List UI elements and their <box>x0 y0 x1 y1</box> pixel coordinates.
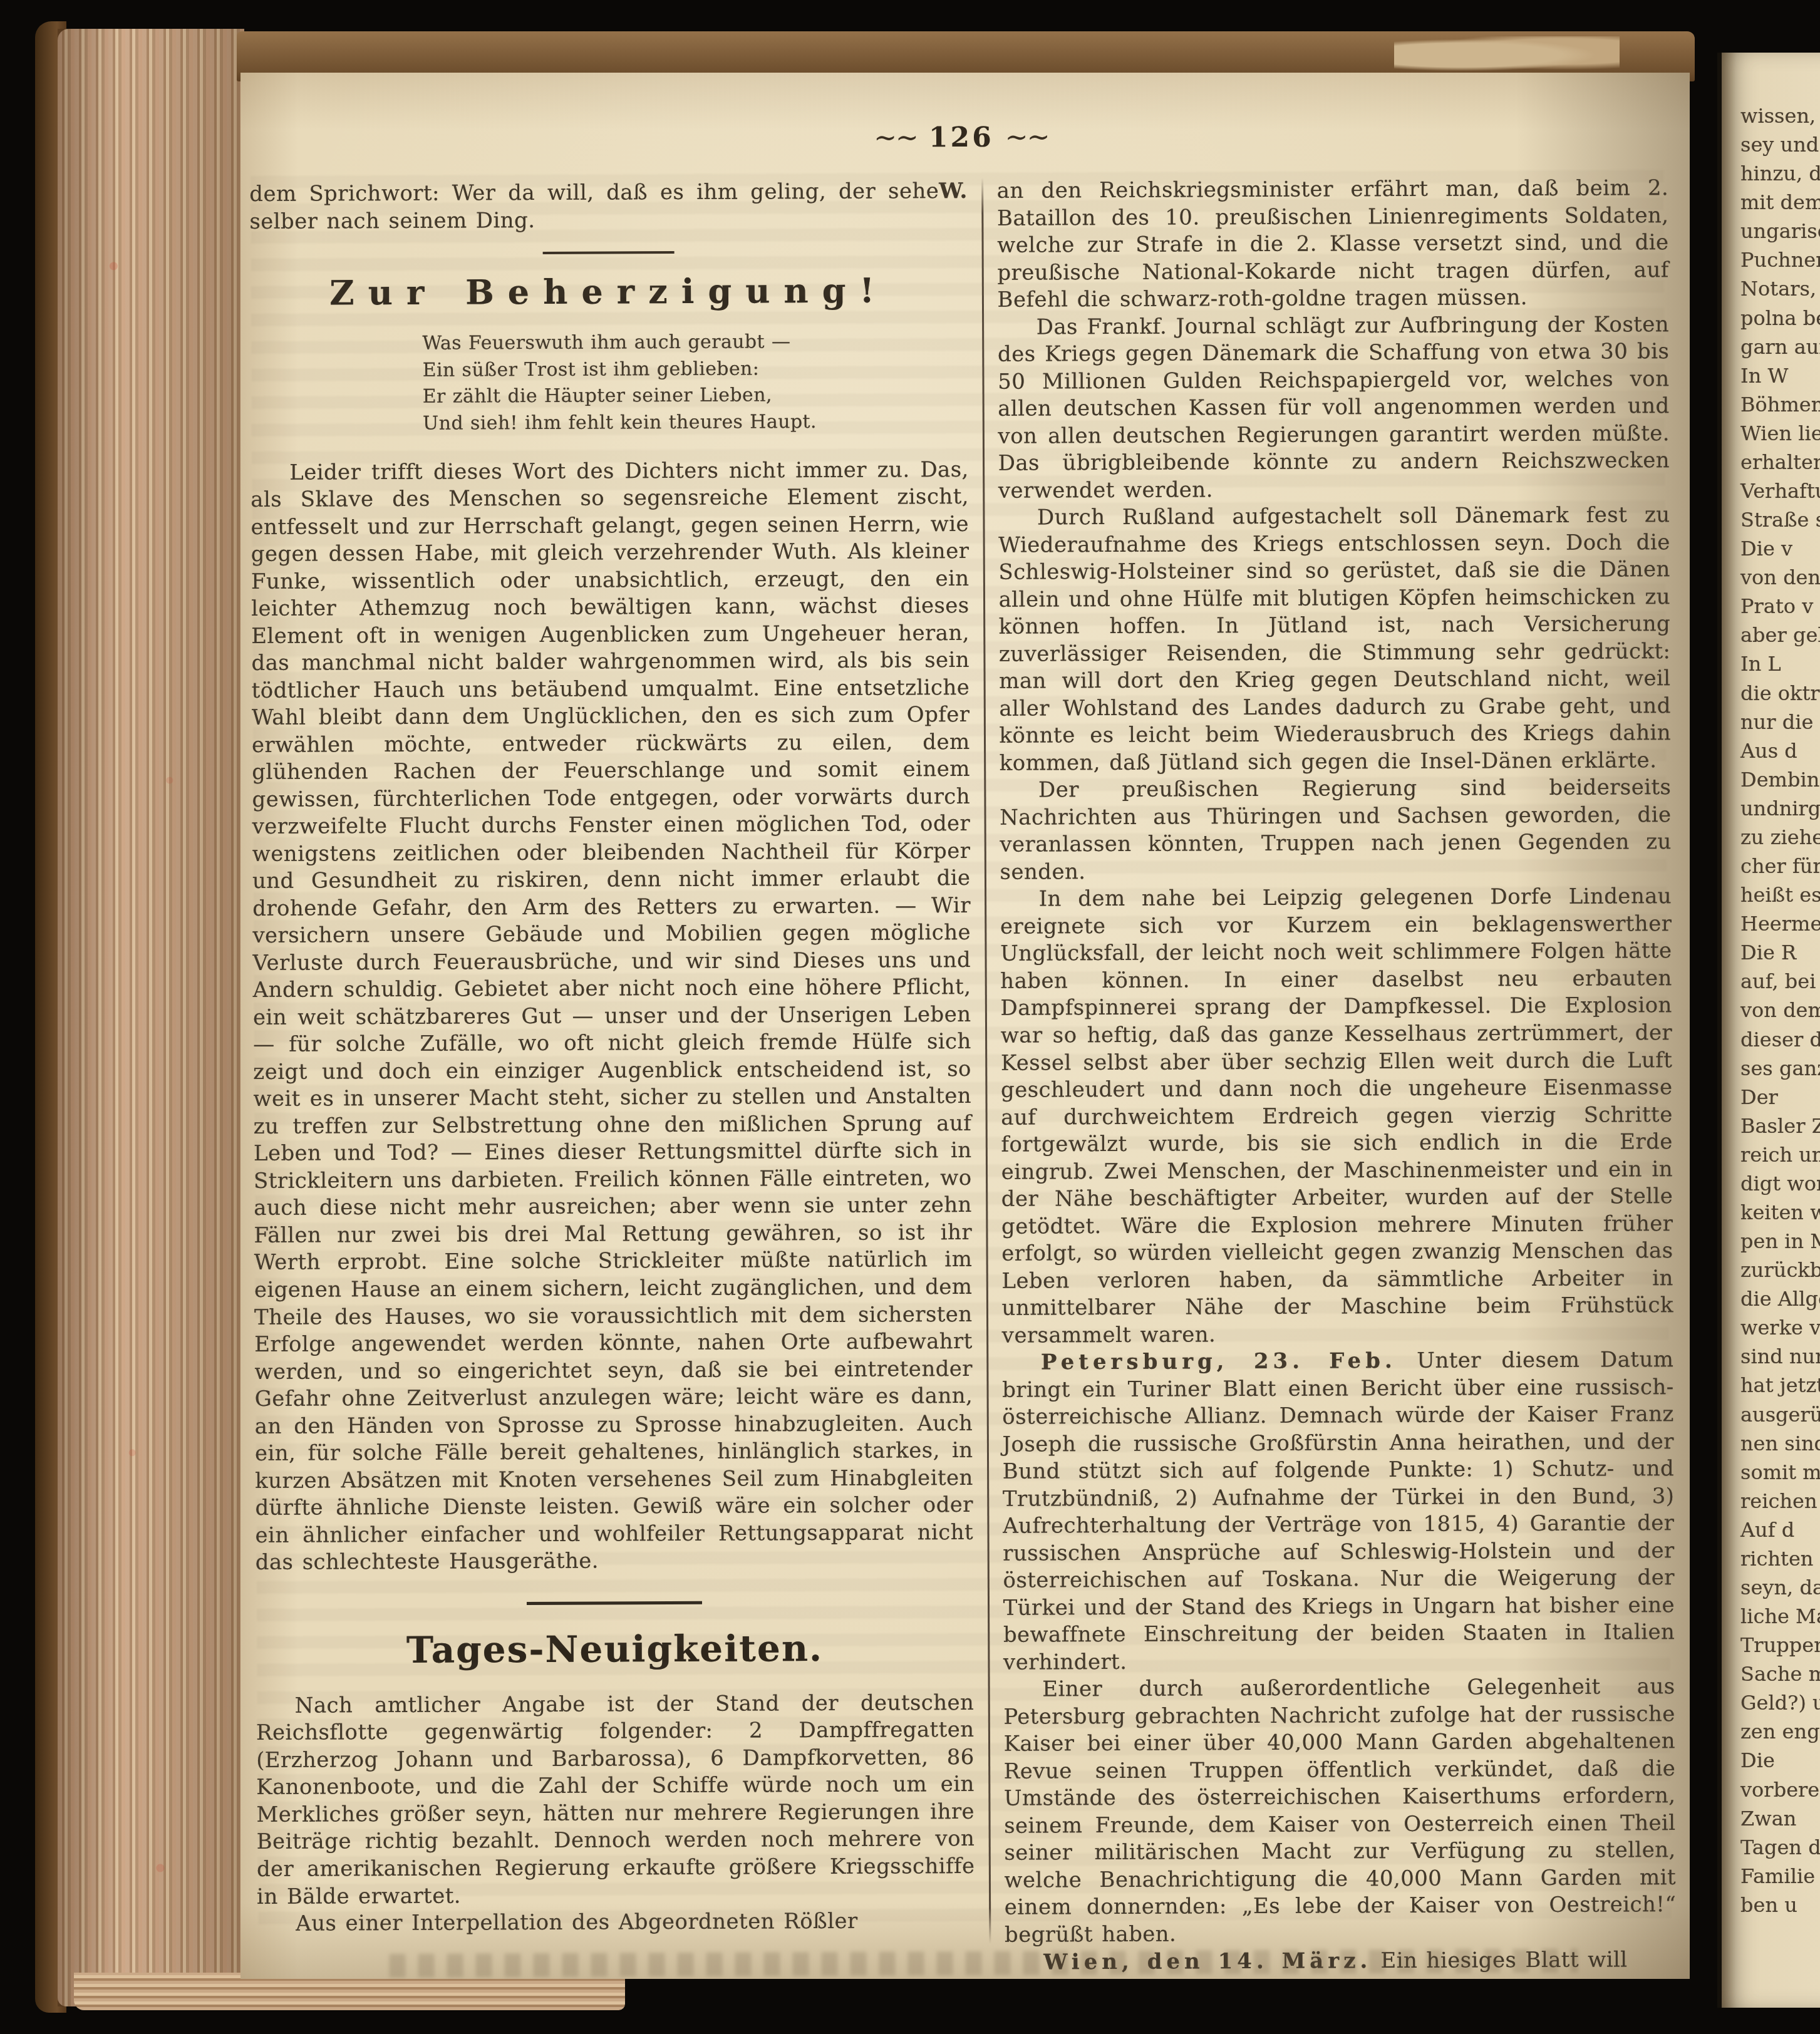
article-epigraph: Was Feuerswuth ihm auch geraubt —Ein süß… <box>422 328 968 437</box>
page-stack-edge <box>58 29 244 2006</box>
text-line: cher für V <box>1740 852 1820 880</box>
text-line: zu ziehen <box>1740 823 1820 852</box>
text-line: keiten wie <box>1740 1198 1820 1227</box>
text-line: mit dem W <box>1740 188 1820 217</box>
text-line: Verhaftun <box>1740 477 1820 505</box>
text-line: erhalten, v <box>1740 448 1820 477</box>
text-line: heißt es: <box>1740 880 1820 909</box>
text-line: Sache mi <box>1740 1660 1820 1688</box>
text-line: Basler Ze <box>1740 1112 1820 1140</box>
text-line: aber gelun <box>1740 621 1820 649</box>
left-column: W. dem Sprichwort: Wer da will, daß es i… <box>249 178 975 1947</box>
news-paragraph-fleet: Nach amtlicher Angabe ist der Stand der … <box>256 1690 975 1911</box>
text-line: nur die Ha <box>1740 708 1820 736</box>
text-line: seyn, da <box>1740 1573 1820 1602</box>
text-line: Was Feuerswuth ihm auch geraubt — <box>422 328 968 357</box>
text-line: In W <box>1740 361 1820 390</box>
text-line: Geld?) u <box>1740 1688 1820 1717</box>
text-line: Truppen <box>1740 1631 1820 1660</box>
text-line: Die <box>1740 1746 1820 1775</box>
text-line: richten au <box>1740 1544 1820 1573</box>
news-section-heading: Tages-Neuigkeiten. <box>256 1624 974 1674</box>
text-line: Und sieh! ihm fehlt kein theures Haupt. <box>423 408 969 437</box>
news-paragraph-interpellation: Aus einer Interpellation des Abgeordnete… <box>257 1908 975 1938</box>
header-flourish-right: ∼∼ <box>994 121 1060 153</box>
text-line: Ein süßer Trost ist ihm geblieben: <box>423 355 969 384</box>
page-content: ∼∼126∼∼ W. dem Sprichwort: Wer da will, … <box>236 70 1693 1982</box>
news-paragraph-daenemark: Durch Rußland aufgestachelt soll Dänemar… <box>998 502 1671 777</box>
book-scan: { "page": { "number": "126", "flourish_l… <box>0 0 1820 2034</box>
page-number: 126 <box>929 121 994 153</box>
wien-dateline: Wien, den 14. März. <box>1043 1948 1372 1975</box>
carryover-text: dem Sprichwort: Wer da will, daß es ihm … <box>249 178 939 234</box>
text-line: Auf d <box>1740 1515 1820 1544</box>
adjacent-page-fragments: wissen, dasey und nhinzu, daßmit dem Wun… <box>1722 53 1820 1919</box>
text-line: Notars, <box>1740 274 1820 303</box>
petersburg-text: Unter diesem Datum bringt ein Turiner Bl… <box>1002 1347 1675 1675</box>
text-line: Der <box>1740 1083 1820 1112</box>
text-line: polna beer <box>1740 304 1820 333</box>
text-line: Die R <box>1740 938 1820 967</box>
text-line: von dem r <box>1740 996 1820 1025</box>
column-divider-rule <box>981 178 991 1944</box>
text-line: wissen, da <box>1740 101 1820 130</box>
text-line: die Allgem <box>1740 1284 1820 1313</box>
news-paragraph-preussen: Der preußischen Regierung sind beidersei… <box>1000 774 1672 886</box>
text-line: sey und n <box>1740 130 1820 159</box>
text-line: garn auf <box>1740 333 1820 361</box>
text-line: dieser die s <box>1740 1025 1820 1054</box>
author-signature: W. <box>939 178 968 205</box>
news-paragraph-kokarde: an den Reichskriegsminister erfährt man,… <box>997 175 1669 314</box>
text-line: zen englis <box>1740 1717 1820 1746</box>
text-line: sind nun l <box>1740 1342 1820 1371</box>
text-line: In L <box>1740 649 1820 678</box>
column-layout: W. dem Sprichwort: Wer da will, daß es i… <box>249 175 1676 1947</box>
text-line: Straße sta <box>1740 505 1820 534</box>
text-line: nen sind n <box>1740 1429 1820 1458</box>
text-line: Wien lieg <box>1740 419 1820 448</box>
section-divider-rule <box>527 1601 702 1604</box>
article-body-paragraph: Leider trifft dieses Wort des Dichters n… <box>251 456 973 1576</box>
text-line: zurückbleib <box>1740 1256 1820 1284</box>
article-divider-rule <box>543 251 675 254</box>
text-line: die oktroyi <box>1740 679 1820 708</box>
news-paragraph-lindenau: In dem nahe bei Leipzig gelegenen Dorfe … <box>1000 883 1674 1349</box>
text-line: pen in M <box>1740 1227 1820 1256</box>
text-line: auf, bei de <box>1740 967 1820 996</box>
news-paragraph-petersburg: Petersburg, 23. Feb. Unter diesem Datum … <box>1002 1346 1675 1676</box>
text-line: Aus d <box>1740 736 1820 765</box>
text-line: Tagen de <box>1740 1833 1820 1862</box>
text-line: ausgerüste <box>1740 1400 1820 1429</box>
text-line: werke vo <box>1740 1313 1820 1342</box>
petersburg-dateline: Petersburg, 23. Feb. <box>1041 1348 1397 1375</box>
text-line: hinzu, daß <box>1740 159 1820 188</box>
text-line: Prato v <box>1740 592 1820 621</box>
text-line: Dembinski <box>1740 765 1820 794</box>
text-line: ses ganz zu <box>1740 1054 1820 1083</box>
text-line: Familie e <box>1740 1862 1820 1891</box>
text-line: reichen in <box>1740 1487 1820 1515</box>
text-line: Heermeister <box>1740 909 1820 938</box>
adjacent-page-strip: wissen, dasey und nhinzu, daßmit dem Wun… <box>1717 53 1820 2008</box>
right-column: an den Reichskriegsminister erfährt man,… <box>997 175 1677 1944</box>
text-line: somit mit <box>1740 1458 1820 1487</box>
text-line: digt worde <box>1740 1169 1820 1198</box>
text-line: Die v <box>1740 534 1820 563</box>
text-line: Puchner g <box>1740 245 1820 274</box>
header-flourish-left: ∼∼ <box>862 121 929 153</box>
text-line: reich und <box>1740 1140 1820 1169</box>
text-line: ben u <box>1740 1891 1820 1919</box>
page-header: ∼∼126∼∼ <box>237 118 1686 157</box>
wien-text: Ein hiesiges Blatt will <box>1380 1947 1627 1973</box>
carryover-paragraph: W. dem Sprichwort: Wer da will, daß es i… <box>249 178 968 235</box>
text-line: ungarische <box>1740 217 1820 245</box>
news-paragraph-journal: Das Frankf. Journal schlägt zur Aufbring… <box>998 311 1670 505</box>
text-line: Zwan <box>1740 1804 1820 1833</box>
text-line: vorbereitet <box>1740 1775 1820 1804</box>
text-line: Er zählt die Häupter seiner Lieben, <box>423 381 969 410</box>
newspaper-page: ∼∼126∼∼ W. dem Sprichwort: Wer da will, … <box>240 73 1690 1979</box>
text-line: hat jetzt 1 <box>1740 1371 1820 1400</box>
news-paragraph-garden: Einer durch außerordentliche Gelegenheit… <box>1003 1673 1676 1949</box>
text-line: Böhmen u <box>1740 390 1820 419</box>
text-line: liche Mac <box>1740 1602 1820 1631</box>
news-paragraph-wien: Wien, den 14. März. Ein hiesiges Blatt w… <box>1005 1946 1677 1976</box>
text-line: undnirgeni <box>1740 794 1820 823</box>
article-heading: Zur Beherzigung! <box>250 269 968 315</box>
text-line: von den L <box>1740 563 1820 592</box>
